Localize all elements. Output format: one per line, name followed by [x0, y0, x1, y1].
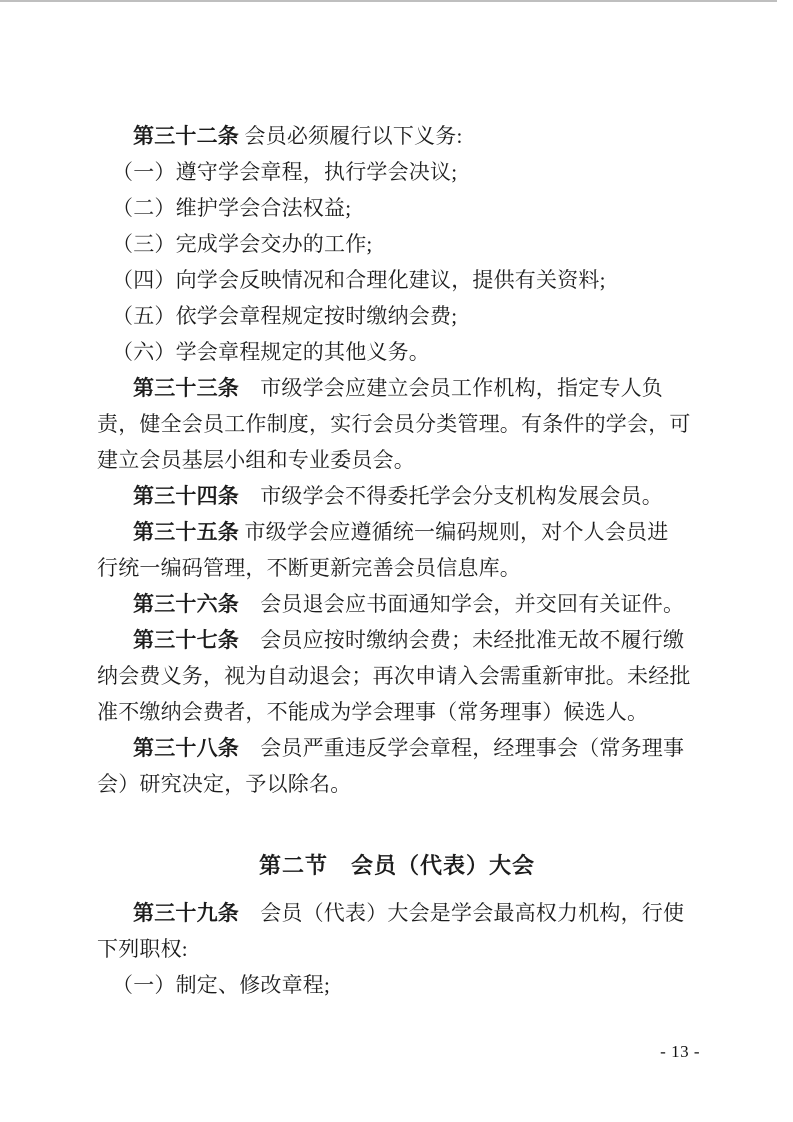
text-run: 会员必须履行以下义务:	[239, 124, 462, 148]
paragraph-continuation-line: 建立会员基层小组和专业委员会。	[97, 442, 697, 478]
text-run: 会员退会应书面通知学会，并交回有关证件。	[239, 592, 684, 616]
document-body: 第三十二条 会员必须履行以下义务:（一）遵守学会章程，执行学会决议;（二）维护学…	[97, 118, 697, 1003]
document-page: 第三十二条 会员必须履行以下义务:（一）遵守学会章程，执行学会决议;（二）维护学…	[0, 0, 793, 1122]
paragraph-first-line: 第三十六条 会员退会应书面通知学会，并交回有关证件。	[97, 586, 697, 622]
paragraph-continuation-line: 行统一编码管理，不断更新完善会员信息库。	[97, 550, 697, 586]
page-number: - 13 -	[660, 1042, 700, 1062]
article-number: 第三十五条	[133, 520, 239, 544]
paragraph-continuation-line: 责，健全会员工作制度，实行会员分类管理。有条件的学会，可	[97, 406, 697, 442]
text-run: （一）遵守学会章程，执行学会决议;	[112, 160, 457, 184]
paragraph-first-line: 第三十四条 市级学会不得委托学会分支机构发展会员。	[97, 478, 697, 514]
article-number: 第三十四条	[133, 484, 239, 508]
list-item-line: （五）依学会章程规定按时缴纳会费;	[97, 298, 697, 334]
list-item-line: （一）遵守学会章程，执行学会决议;	[97, 154, 697, 190]
list-item-line: （二）维护学会合法权益;	[97, 190, 697, 226]
text-run: 市级学会应遵循统一编码规则，对个人会员进	[239, 520, 668, 544]
paragraph-first-line: 第三十二条 会员必须履行以下义务:	[97, 118, 697, 154]
paragraph-first-line: 第三十七条 会员应按时缴纳会费；未经批准无故不履行缴	[97, 622, 697, 658]
list-item-line: （六）学会章程规定的其他义务。	[97, 334, 697, 370]
paragraph-continuation-line: 会）研究决定，予以除名。	[97, 766, 697, 802]
text-run: 建立会员基层小组和专业委员会。	[97, 448, 415, 472]
text-run: （六）学会章程规定的其他义务。	[112, 340, 430, 364]
paragraph-continuation-line: 准不缴纳会费者，不能成为学会理事（常务理事）候选人。	[97, 694, 697, 730]
paragraph-first-line: 第三十九条 会员（代表）大会是学会最高权力机构，行使	[97, 895, 697, 931]
text-run: 第二节 会员（代表）大会	[259, 853, 535, 878]
paragraph-first-line: 第三十五条 市级学会应遵循统一编码规则，对个人会员进	[97, 514, 697, 550]
paragraph-continuation-line: 下列职权:	[97, 931, 697, 967]
list-item-line: （三）完成学会交办的工作;	[97, 226, 697, 262]
list-item-line: （四）向学会反映情况和合理化建议，提供有关资料;	[97, 262, 697, 298]
article-number: 第三十八条	[133, 736, 239, 760]
article-number: 第三十二条	[133, 124, 239, 148]
text-run: 会）研究决定，予以除名。	[97, 772, 351, 796]
text-run: （一）制定、修改章程;	[112, 973, 330, 997]
text-run: 会员（代表）大会是学会最高权力机构，行使	[239, 901, 684, 925]
article-number: 第三十六条	[133, 592, 239, 616]
paragraph-first-line: 第三十八条 会员严重违反学会章程，经理事会（常务理事	[97, 730, 697, 766]
list-item-line: （一）制定、修改章程;	[97, 967, 697, 1003]
text-run: （二）维护学会合法权益;	[112, 196, 351, 220]
section-heading: 第二节 会员（代表）大会	[97, 848, 697, 884]
text-run: 会员严重违反学会章程，经理事会（常务理事	[239, 736, 684, 760]
text-run: 下列职权:	[97, 937, 188, 961]
text-run: （四）向学会反映情况和合理化建议，提供有关资料;	[112, 268, 606, 292]
article-number: 第三十三条	[133, 376, 239, 400]
text-run: （三）完成学会交办的工作;	[112, 232, 372, 256]
text-run: 准不缴纳会费者，不能成为学会理事（常务理事）候选人。	[97, 700, 648, 724]
paragraph-continuation-line: 纳会费义务，视为自动退会；再次申请入会需重新审批。未经批	[97, 658, 697, 694]
text-run: 责，健全会员工作制度，实行会员分类管理。有条件的学会，可	[97, 412, 691, 436]
article-number: 第三十七条	[133, 628, 239, 652]
text-run: （五）依学会章程规定按时缴纳会费;	[112, 304, 457, 328]
text-run: 市级学会不得委托学会分支机构发展会员。	[239, 484, 663, 508]
text-run: 行统一编码管理，不断更新完善会员信息库。	[97, 556, 521, 580]
article-number: 第三十九条	[133, 901, 239, 925]
text-run: 纳会费义务，视为自动退会；再次申请入会需重新审批。未经批	[97, 664, 691, 688]
text-run: 市级学会应建立会员工作机构，指定专人负	[239, 376, 663, 400]
paragraph-first-line: 第三十三条 市级学会应建立会员工作机构，指定专人负	[97, 370, 697, 406]
scan-artifact-top-edge	[0, 0, 777, 2]
text-run: 会员应按时缴纳会费；未经批准无故不履行缴	[239, 628, 684, 652]
